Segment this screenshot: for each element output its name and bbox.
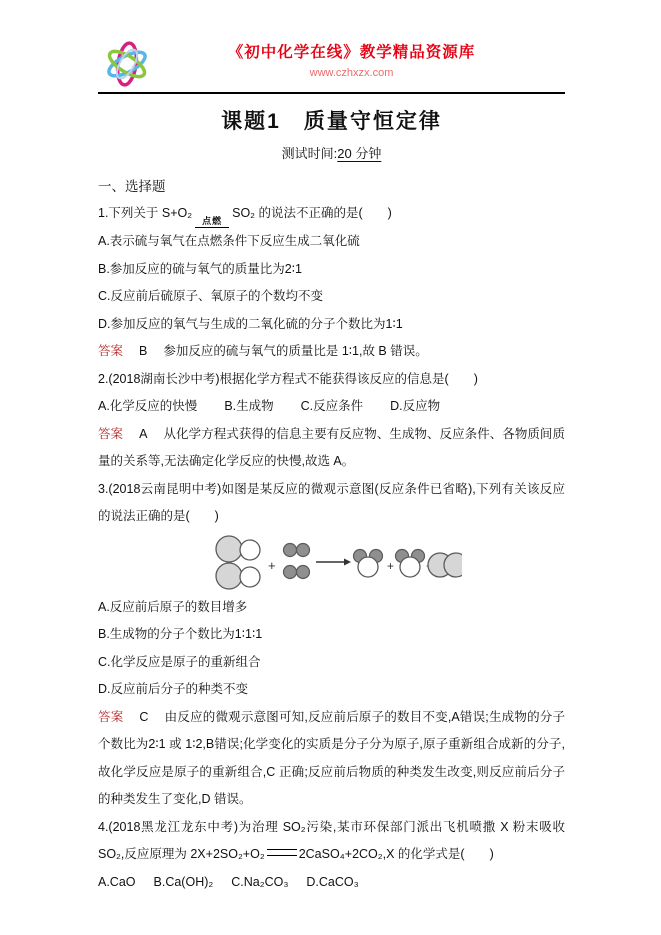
question-2-option-d: D.反应物 [390,393,440,421]
question-2-option-c: C.反应条件 [301,393,364,421]
answer-label: 答案 [98,710,123,724]
site-title: 《初中化学在线》教学精品资源库 [138,40,565,66]
reaction-condition-stack: 点燃 [195,216,229,228]
question-1-option-d: D.参加反应的氧气与生成的二氧化硫的分子个数比为1∶1 [98,311,565,339]
question-4-stem: 4.(2018黑龙江龙东中考)为治理 SO₂污染,某市环保部门派出飞机喷撒 X … [98,814,565,869]
question-2-stem: 2.(2018湖南长沙中考)根据化学方程式不能获得该反应的信息是( ) [98,366,565,394]
question-2-options: A.化学反应的快慢 B.生成物 C.反应条件 D.反应物 [98,393,565,421]
answer-text: 由反应的微观示意图可知,反应前后原子的数目不变,A错误;生成物的分子个数比为2∶… [98,710,565,807]
question-3-option-a: A.反应前后原子的数目增多 [98,594,565,622]
test-time-label: 测试时间: [282,146,338,161]
question-1-option-b: B.参加反应的硫与氧气的质量比为2∶1 [98,256,565,284]
answer-letter: C [139,710,148,724]
question-2-answer: 答案A从化学方程式获得的信息主要有反应物、生成物、反应条件、各物质间质量的关系等… [98,421,565,476]
site-url: www.czhxzx.com [138,66,565,81]
question-3-option-b: B.生成物的分子个数比为1∶1∶1 [98,621,565,649]
answer-text: 从化学方程式获得的信息主要有反应物、生成物、反应条件、各物质间质量的关系等,无法… [98,427,565,469]
question-1-answer: 答案B参加反应的硫与氧气的质量比是 1∶1,故 B 错误。 [98,338,565,366]
site-header-text: 《初中化学在线》教学精品资源库 www.czhxzx.com [98,40,565,81]
molecule-large-diatomic [428,553,462,577]
section-heading-choice: 一、选择题 [98,173,565,200]
worksheet-page: 《初中化学在线》教学精品资源库 www.czhxzx.com 课题1 质量守恒定… [98,40,565,896]
question-1-option-c: C.反应前后硫原子、氧原子的个数均不变 [98,283,565,311]
plus-sign: + [268,558,276,573]
question-2-option-b: B.生成物 [224,393,273,421]
question-3-stem: 3.(2018云南昆明中考)如图是某反应的微观示意图(反应条件已省略),下列有关… [98,476,565,531]
molecule-product-1 [354,549,383,577]
molecule-large-white-2 [216,563,260,589]
answer-label: 答案 [98,344,123,358]
reaction-micro-diagram: + + [210,534,565,592]
answer-label: 答案 [98,427,123,441]
question-4-option-c: C.Na₂CO₃ [231,869,288,897]
molecule-product-2 [396,549,425,577]
question-1-stem: 1.下列关于 S+O₂点燃SO₂ 的说法不正确的是( ) [98,200,565,228]
equals-sign [267,849,297,856]
site-header: 《初中化学在线》教学精品资源库 www.czhxzx.com [98,40,565,94]
question-1-option-a: A.表示硫与氧气在点燃条件下反应生成二氧化硫 [98,228,565,256]
question-4-option-b: B.Ca(OH)₂ [154,869,214,897]
question-3-option-d: D.反应前后分子的种类不变 [98,676,565,704]
question-3-answer: 答案C由反应的微观示意图可知,反应前后原子的数目不变,A错误;生成物的分子个数比… [98,704,565,814]
question-4-options: A.CaO B.Ca(OH)₂ C.Na₂CO₃ D.CaCO₃ [98,869,565,897]
answer-text: 参加反应的硫与氧气的质量比是 1∶1,故 B 错误。 [163,344,427,358]
molecule-dark-diatomic-1 [284,543,310,556]
condition-label: 点燃 [202,216,222,227]
answer-letter: A [139,427,147,441]
question-4-option-a: A.CaO [98,869,136,897]
question-3-option-c: C.化学反应是原子的重新组合 [98,649,565,677]
page-title: 课题1 质量守恒定律 [98,107,565,137]
molecule-dark-diatomic-2 [284,565,310,578]
molecule-large-white-1 [216,536,260,562]
test-time-value: 20 分钟 [337,146,381,161]
question-4-option-d: D.CaCO₃ [306,869,358,897]
reaction-arrow-icon [316,558,351,565]
atom-orbits-logo-icon [104,38,150,90]
test-time: 测试时间:20 分钟 [98,142,565,166]
question-2-option-a: A.化学反应的快慢 [98,393,197,421]
plus-sign: + [387,559,394,573]
answer-letter: B [139,344,147,358]
